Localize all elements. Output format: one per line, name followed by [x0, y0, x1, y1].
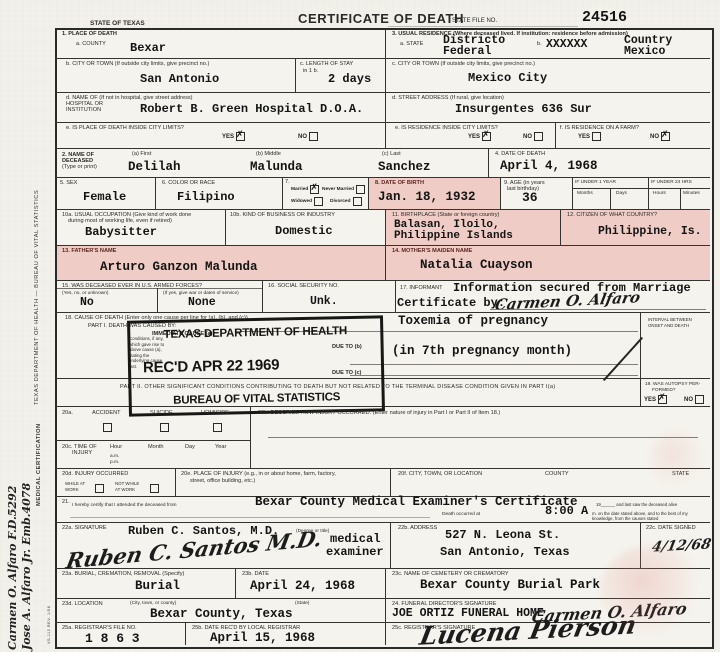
homicide-checkbox-row: [213, 423, 222, 432]
hour-label: Hour: [110, 444, 122, 451]
certifier-address-line2: San Antonio, Texas: [440, 546, 570, 559]
rule: [55, 122, 710, 123]
rule: [488, 148, 489, 177]
ssn-value: Unk.: [310, 296, 338, 309]
rule: [680, 188, 681, 209]
rule: [55, 245, 710, 246]
yes-label: YES: [578, 134, 590, 140]
minutes-label: Minutes: [683, 191, 700, 197]
field-22b-label: 22b. ADDRESS: [398, 525, 437, 532]
rule: [155, 177, 156, 209]
hours-label: Hours: [653, 191, 666, 197]
field-1b-label: b. CITY OR TOWN (If outside city limits,…: [66, 61, 209, 68]
suicide-checkbox-row: [160, 423, 169, 432]
while-at-work-checkbox-row: [95, 484, 104, 493]
while-at-work-label1: WHILE AT: [65, 481, 85, 487]
city-of-death-value: San Antonio: [140, 73, 219, 86]
suicide-label: SUICIDE: [150, 410, 173, 417]
checkbox: [150, 484, 159, 493]
while-at-work-label2: WORK: [65, 487, 79, 493]
field-13-label: 13. FATHER'S NAME: [62, 248, 116, 255]
field-3b-label: b.: [537, 41, 542, 48]
yes-label: YES: [644, 397, 656, 403]
field-1d-label3: INSTITUTION: [66, 107, 101, 114]
county-header-label: COUNTY: [545, 471, 569, 478]
rule: [225, 209, 226, 245]
sex-value: Female: [83, 191, 126, 204]
yes-label: YES: [222, 134, 234, 140]
date-signed-value: 4/12/68: [650, 536, 712, 555]
certify-tail-2: m. on the date stated above, and to the …: [592, 511, 710, 522]
field-1a-label: a. COUNTY: [76, 41, 106, 48]
burial-location-value: Bexar County, Texas: [150, 608, 293, 622]
rule: [185, 622, 186, 645]
rule: [175, 468, 176, 496]
informant-line2: Certificate by:: [397, 297, 505, 310]
checkbox: [592, 132, 601, 141]
cause-b-value: (in 7th pregnancy month): [392, 345, 572, 359]
rule: [350, 375, 638, 376]
field-23d-label: 23d. LOCATION: [62, 601, 103, 608]
field-14-label: 14. MOTHER'S MAIDEN NAME: [392, 248, 472, 255]
part2-label: PART II. OTHER SIGNIFICANT CONDITIONS CO…: [120, 384, 555, 391]
first-name-label: (a) First: [132, 151, 151, 158]
field-22c-label: 22c. DATE SIGNED: [646, 525, 696, 532]
burial-date-value: April 24, 1968: [250, 580, 355, 594]
field-3c-label: c. CITY OR TOWN (If outside city limits,…: [392, 61, 535, 68]
state-of-texas-label: STATE OF TEXAS: [90, 20, 145, 28]
rule: [385, 568, 386, 598]
rule: [55, 148, 710, 149]
rule: [572, 188, 710, 189]
field-5-label: 5. SEX: [60, 180, 77, 187]
rule: [55, 177, 710, 178]
residence-farm-yes: YES: [578, 132, 601, 141]
rule: [55, 522, 710, 523]
field-6-label: 6. COLOR OR RACE: [162, 180, 215, 187]
street-address-value: Insurgentes 636 Sur: [455, 103, 592, 116]
rule: [55, 312, 710, 313]
rule: [57, 440, 250, 441]
pm-label: p.m.: [110, 460, 119, 466]
no-label: NO: [523, 134, 532, 140]
rule: [55, 58, 710, 59]
widowed-label: Widowed: [291, 199, 312, 204]
medical-examiner-certificate-text: Bexar County Medical Examiner's Certific…: [255, 496, 578, 510]
never-married-label: Never Married: [322, 187, 354, 192]
marital-divorced: Divorced: [330, 197, 362, 206]
not-while-at-work-checkbox-row: [150, 484, 159, 493]
length-of-stay-value: 2 days: [328, 73, 371, 86]
rule: [55, 598, 710, 599]
rule: [368, 177, 369, 209]
rule: [55, 568, 710, 569]
certify-text: I hereby certify that I attended the dec…: [72, 503, 177, 509]
checkbox: [314, 197, 323, 206]
field-20b-label: 20b. DESCRIBE HOW INJURY OCCURRED. (Ente…: [258, 410, 500, 417]
rule: [390, 522, 391, 568]
father-name-value: Arturo Ganzon Malunda: [100, 261, 258, 275]
field-3d-label: d. STREET ADDRESS (If rural, give locati…: [392, 95, 504, 102]
field-10b-label: 10b. KIND OF BUSINESS OR INDUSTRY: [230, 212, 335, 219]
rule: [70, 517, 430, 518]
autopsy-yes: YES: [644, 395, 667, 404]
if-under-24-hrs-label: IF UNDER 24 HRS: [651, 180, 692, 186]
divorced-label: Divorced: [330, 199, 351, 204]
field-12-label: 12. CITIZEN OF WHAT COUNTRY?: [567, 212, 657, 219]
death-city-limits-no: NO: [298, 132, 318, 141]
rule: [350, 364, 638, 365]
field-1e-label: e. IS PLACE OF DEATH INSIDE CITY LIMITS?: [66, 125, 184, 132]
rule: [555, 122, 556, 148]
field-23b-label: 23b. DATE: [242, 571, 269, 578]
homicide-label: HOMICIDE: [201, 410, 229, 417]
field-20a-label: 20a.: [62, 410, 73, 417]
checkbox-checked: [658, 395, 667, 404]
county-value: Bexar: [130, 42, 166, 55]
residence-city-limits-yes: YES: [468, 132, 491, 141]
certify-tail-1: 19______ and last saw the deceased alive: [596, 502, 677, 507]
registrar-date-value: April 15, 1968: [210, 632, 315, 646]
not-while-at-work-label2: AT WORK: [115, 487, 135, 493]
rule: [385, 209, 386, 280]
checkbox: [353, 197, 362, 206]
field-20d-label: 20d. INJURY OCCURRED: [62, 471, 128, 478]
death-city-limits-yes: YES: [222, 132, 245, 141]
rule: [282, 177, 283, 209]
rule: [157, 288, 158, 312]
rule: [385, 598, 386, 622]
rule: [395, 280, 396, 312]
death-occurred-at-label: Death occurred at: [442, 512, 480, 518]
field-1c-label: c. LENGTH OF STAY: [300, 61, 353, 68]
birthplace-line2: Philippine Islands: [394, 230, 513, 242]
not-while-at-work-label1: NOT WHILE: [115, 481, 139, 487]
checkbox-checked: [310, 185, 319, 194]
certifier-address-line1: 527 N. Leona St.: [445, 529, 560, 542]
rule: [560, 209, 561, 245]
war-service-value: None: [188, 297, 216, 310]
page-title: CERTIFICATE OF DEATH: [298, 11, 464, 27]
field-4-label: 4. DATE OF DEATH: [495, 151, 545, 158]
autopsy-no: NO: [684, 395, 704, 404]
stamp-line-3: BUREAU OF VITAL STATISTICS: [132, 390, 382, 407]
checkbox: [309, 132, 318, 141]
hospital-value: Robert B. Green Hospital D.O.A.: [140, 103, 363, 116]
field-23a-label: 23a. BURIAL, CREMATION, REMOVAL (Specify…: [62, 571, 184, 578]
checkbox-checked: [482, 132, 491, 141]
day-label: Day: [185, 444, 195, 451]
field-16-label: 16. SOCIAL SECURITY NO.: [268, 283, 339, 290]
if-under-1-year-label: IF UNDER 1 YEAR: [575, 180, 616, 186]
rule: [388, 26, 578, 27]
state-file-no-label: STATE FILE NO.: [452, 18, 497, 26]
rule: [390, 468, 391, 496]
cause-a-value: Toxemia of pregnancy: [398, 315, 548, 329]
checkbox: [213, 423, 222, 432]
field-8-label: 8. DATE OF BIRTH: [375, 180, 424, 187]
field-20e-label: 20e. PLACE OF INJURY (e.g., in or about …: [181, 471, 336, 478]
rule: [250, 406, 251, 468]
field-20c-label2: INJURY: [72, 450, 92, 457]
margin-handwriting-2: Jose A. Alfaro Jr. Emb.4078: [20, 398, 33, 650]
registrar-file-no-value: 1 8 6 3: [85, 632, 140, 646]
rule: [572, 177, 573, 209]
checkbox-checked: [661, 132, 670, 141]
burial-value: Burial: [135, 580, 180, 594]
residence-b-value: XXXXXX: [546, 39, 587, 52]
residence-city-value: Mexico City: [468, 72, 547, 85]
rule: [385, 622, 386, 645]
death-certificate-scan: STATE OF TEXAS CERTIFICATE OF DEATH STAT…: [0, 0, 720, 652]
no-label: NO: [684, 397, 693, 403]
marital-never-married: Never Married: [322, 185, 365, 194]
field-1-label: 1. PLACE OF DEATH: [62, 31, 117, 38]
state-header-label: STATE: [672, 471, 689, 478]
stamp-line-2: REC'D APR 22 1969: [143, 357, 280, 377]
certifier-title-line2: examiner: [326, 546, 384, 559]
checkbox: [95, 484, 104, 493]
field-23d-sub2: (State): [295, 601, 309, 607]
checkbox: [534, 132, 543, 141]
rule: [500, 177, 501, 209]
checkbox: [695, 395, 704, 404]
rule: [610, 188, 611, 209]
accident-label: ACCIDENT: [92, 410, 121, 417]
middle-name-label: (b) Middle: [256, 151, 281, 158]
first-name-value: Delilah: [128, 161, 181, 175]
citizen-value: Philippine, Is.: [598, 226, 702, 239]
age-value: 36: [522, 191, 538, 205]
marital-married: Married: [291, 185, 319, 194]
rule: [55, 92, 710, 93]
mother-name-value: Natalia Cuayson: [420, 259, 533, 273]
field-23c-label: 23c. NAME OF CEMETERY OR CREMATORY: [392, 571, 509, 578]
rule: [268, 437, 698, 438]
date-of-death-value: April 4, 1968: [500, 160, 598, 174]
field-22a-label: 22a. SIGNATURE: [62, 525, 107, 532]
middle-name-value: Malunda: [250, 161, 303, 175]
field-10a-label2: during most of working life, even if ret…: [68, 218, 172, 225]
year-label: Year: [215, 444, 226, 451]
time-of-death-value: 8:00 A: [545, 505, 588, 518]
field-15-label: 15. WAS DECEASED EVER IN U.S. ARMED FORC…: [62, 283, 202, 290]
field-3f-label: f. IS RESIDENCE ON A FARM?: [560, 125, 639, 132]
yes-label: YES: [468, 134, 480, 140]
occupation-value: Babysitter: [85, 226, 157, 239]
days-label: Days: [616, 191, 627, 197]
rule: [385, 28, 386, 148]
race-value: Filipino: [177, 191, 235, 204]
field-20f-label: 20f. CITY, TOWN, OR LOCATION: [398, 471, 482, 478]
no-label: NO: [650, 134, 659, 140]
rule: [55, 468, 710, 469]
no-label: NO: [298, 134, 307, 140]
interval-label-2: ONSET AND DEATH: [648, 323, 689, 329]
checkbox: [356, 185, 365, 194]
field-1c-sublabel: in 1 b.: [303, 68, 318, 75]
stamp-line-1: TEXAS DEPARTMENT OF HEALTH: [130, 324, 380, 341]
rule: [640, 522, 641, 568]
last-name-label: (c) Last: [382, 151, 401, 158]
checkbox: [160, 423, 169, 432]
checkbox: [103, 423, 112, 432]
married-label: Married: [291, 187, 308, 192]
margin-medical-certification-label: MEDICAL CERTIFICATION: [36, 398, 42, 506]
received-stamp: TEXAS DEPARTMENT OF HEALTH REC'D APR 22 …: [127, 315, 385, 416]
armed-forces-value: No: [80, 297, 94, 310]
industry-value: Domestic: [275, 225, 333, 238]
field-20e-label2: street, office building, etc.): [190, 478, 255, 485]
residence-farm-no: NO: [650, 132, 670, 141]
field-17-label: 17. INFORMANT: [400, 285, 443, 292]
margin-department-label: TEXAS DEPARTMENT OF HEALTH — BUREAU OF V…: [34, 85, 40, 405]
cemetery-value: Bexar County Burial Park: [420, 579, 600, 593]
margin-handwriting-1: Carmen O. Alfaro F.D.5292: [6, 392, 19, 650]
field-21-label: 21.: [62, 499, 70, 506]
last-name-value: Sanchez: [378, 161, 431, 175]
accident-checkbox-row: [103, 423, 112, 432]
rule: [295, 58, 296, 92]
field-11-label: 11. BIRTHPLACE (State or foreign country…: [392, 212, 499, 219]
rule: [490, 309, 706, 310]
month-label: Month: [148, 444, 164, 451]
rule: [640, 312, 641, 406]
months-label: Months: [577, 191, 593, 197]
rule: [235, 568, 236, 598]
residence-state-line2: Federal: [443, 46, 491, 59]
interval-label-1: INTERVAL BETWEEN: [648, 317, 692, 323]
rule: [262, 280, 263, 312]
margin-form-code: VS-112 REV. 1/56: [47, 598, 51, 644]
field-3-label: 3. USUAL RESIDENCE (Where deceased lived…: [392, 31, 628, 38]
rule: [648, 177, 649, 209]
field-3a-label: a. STATE: [400, 41, 423, 48]
residence-city-limits-no: NO: [523, 132, 543, 141]
rule: [55, 209, 710, 210]
date-of-birth-value: Jan. 18, 1932: [378, 191, 476, 205]
residence-country-line2: Mexico: [624, 46, 665, 59]
checkbox-checked: [236, 132, 245, 141]
field-2-label3: (Type or print): [62, 164, 97, 171]
marital-widowed: Widowed: [291, 197, 323, 206]
state-file-no-value: 24516: [582, 10, 627, 27]
field-7-label: 7.: [285, 179, 290, 186]
